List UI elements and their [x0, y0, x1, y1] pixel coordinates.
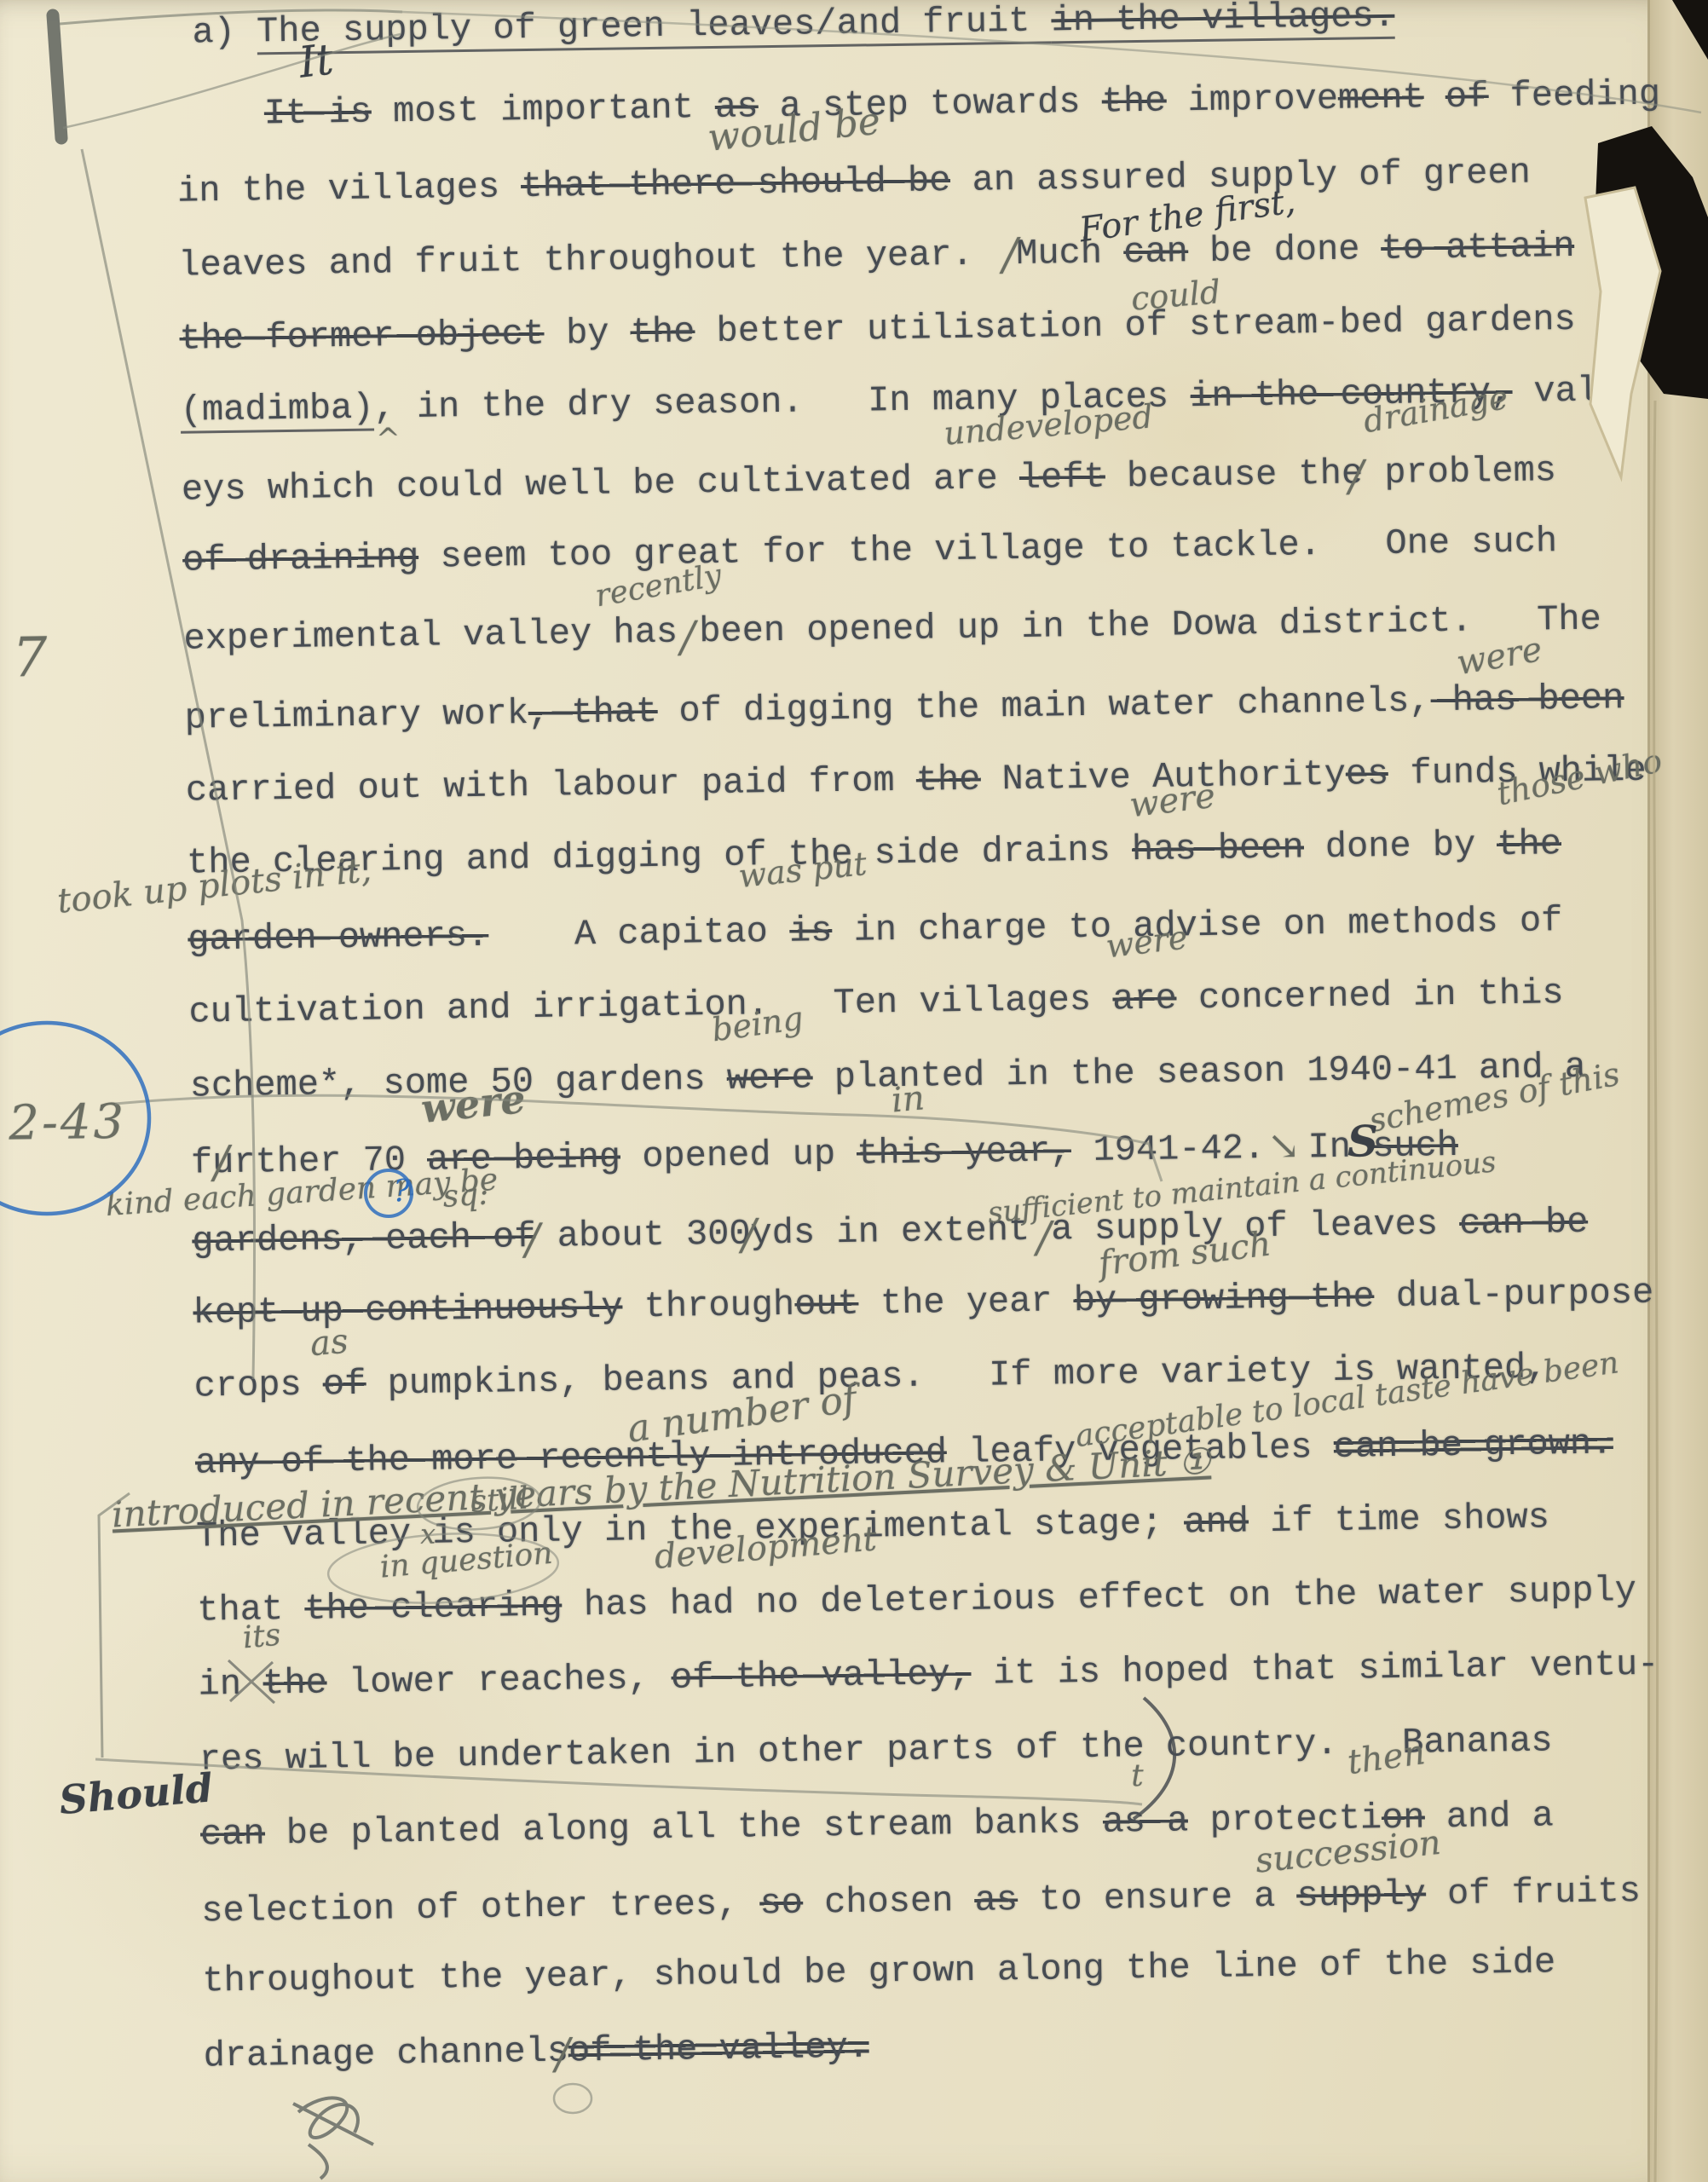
- pencil-oval-in-question: [326, 1528, 560, 1608]
- blue-circle-2-43: [0, 1023, 149, 1214]
- corner-dark: [1672, 0, 1708, 60]
- tiny-circle-mark: [554, 2084, 591, 2113]
- pencil-and-tear-marks: [0, 0, 1708, 2182]
- separator-line-upper: [115, 1095, 1162, 1181]
- flag-line-top: [60, 10, 402, 24]
- top-diagonal-line: [402, 12, 1701, 113]
- closing-paren-mark: [1134, 1698, 1174, 1819]
- separator-line-lower: [95, 1759, 1142, 1804]
- flag-mark: [53, 15, 61, 138]
- x-mark: [228, 1660, 274, 1703]
- bracket-left: [99, 1493, 130, 1758]
- bottom-scribble: [293, 2098, 373, 2179]
- blue-circle-query: [366, 1170, 412, 1216]
- pencil-circle-still: [416, 1474, 542, 1533]
- flag-line-bottom: [63, 34, 401, 128]
- edge-crease: [1653, 401, 1657, 2182]
